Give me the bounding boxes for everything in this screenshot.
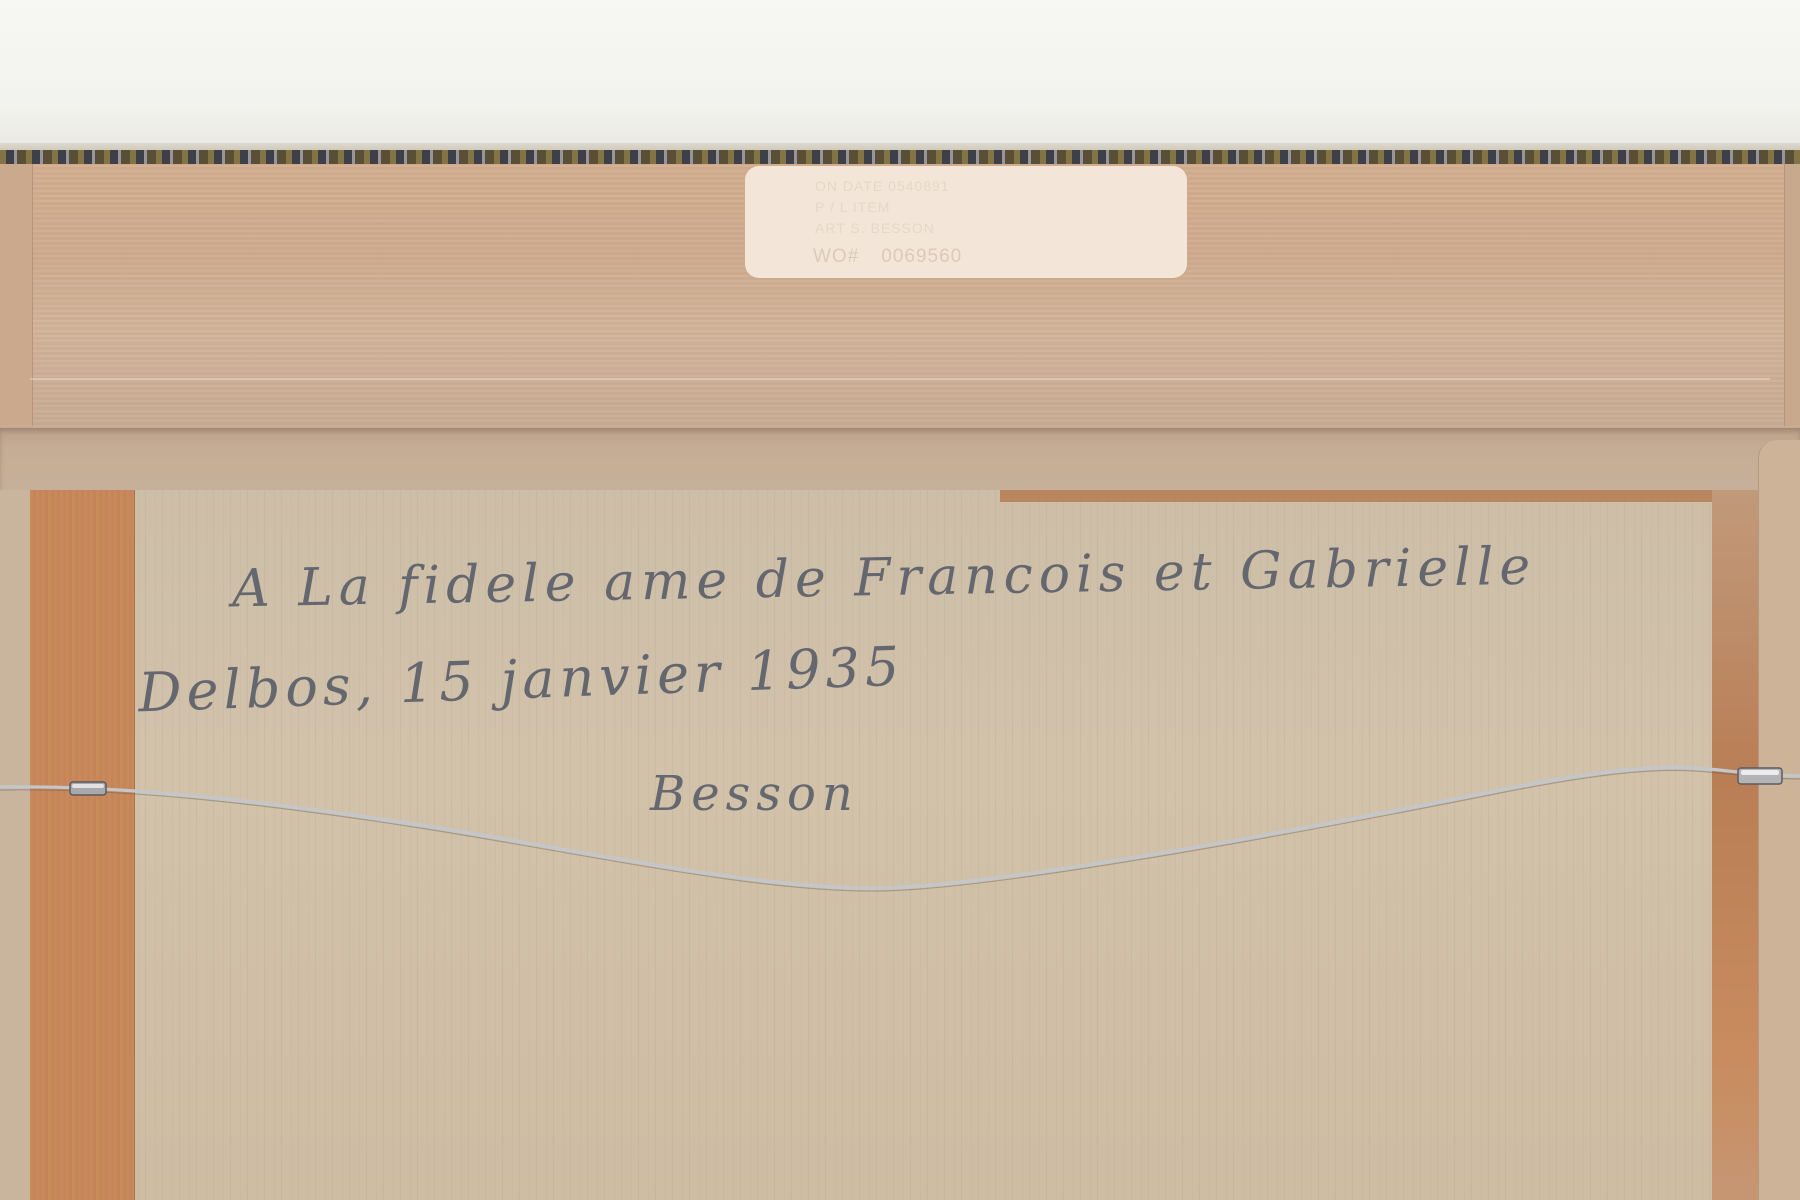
work-order-number: WO#0069560: [813, 246, 984, 268]
sticker-line-3: ART S. BESSON: [815, 220, 935, 236]
sticker-line-1: ON DATE 0540891: [815, 178, 950, 194]
board-top-stain: [1000, 490, 1760, 502]
side-tape-left: [0, 490, 32, 1200]
wall-background: [0, 0, 1800, 146]
tape-overlap-right: [1784, 164, 1800, 426]
tape-seam: [30, 378, 1770, 380]
work-order-label: WO#: [813, 246, 859, 267]
inscription-signature: Besson: [650, 766, 859, 822]
brown-tape-lower: [0, 428, 1800, 494]
wood-strip-right: [1712, 490, 1760, 1200]
side-tape-right: [1758, 440, 1800, 1200]
work-order-value: 0069560: [881, 246, 962, 267]
frame-gilt-edge: [0, 150, 1800, 164]
wood-strip-left: [30, 490, 135, 1200]
tape-overlap-left: [0, 164, 33, 426]
work-order-sticker: ON DATE 0540891 P / L ITEM ART S. BESSON…: [745, 166, 1187, 278]
sticker-line-2: P / L ITEM: [815, 199, 890, 215]
